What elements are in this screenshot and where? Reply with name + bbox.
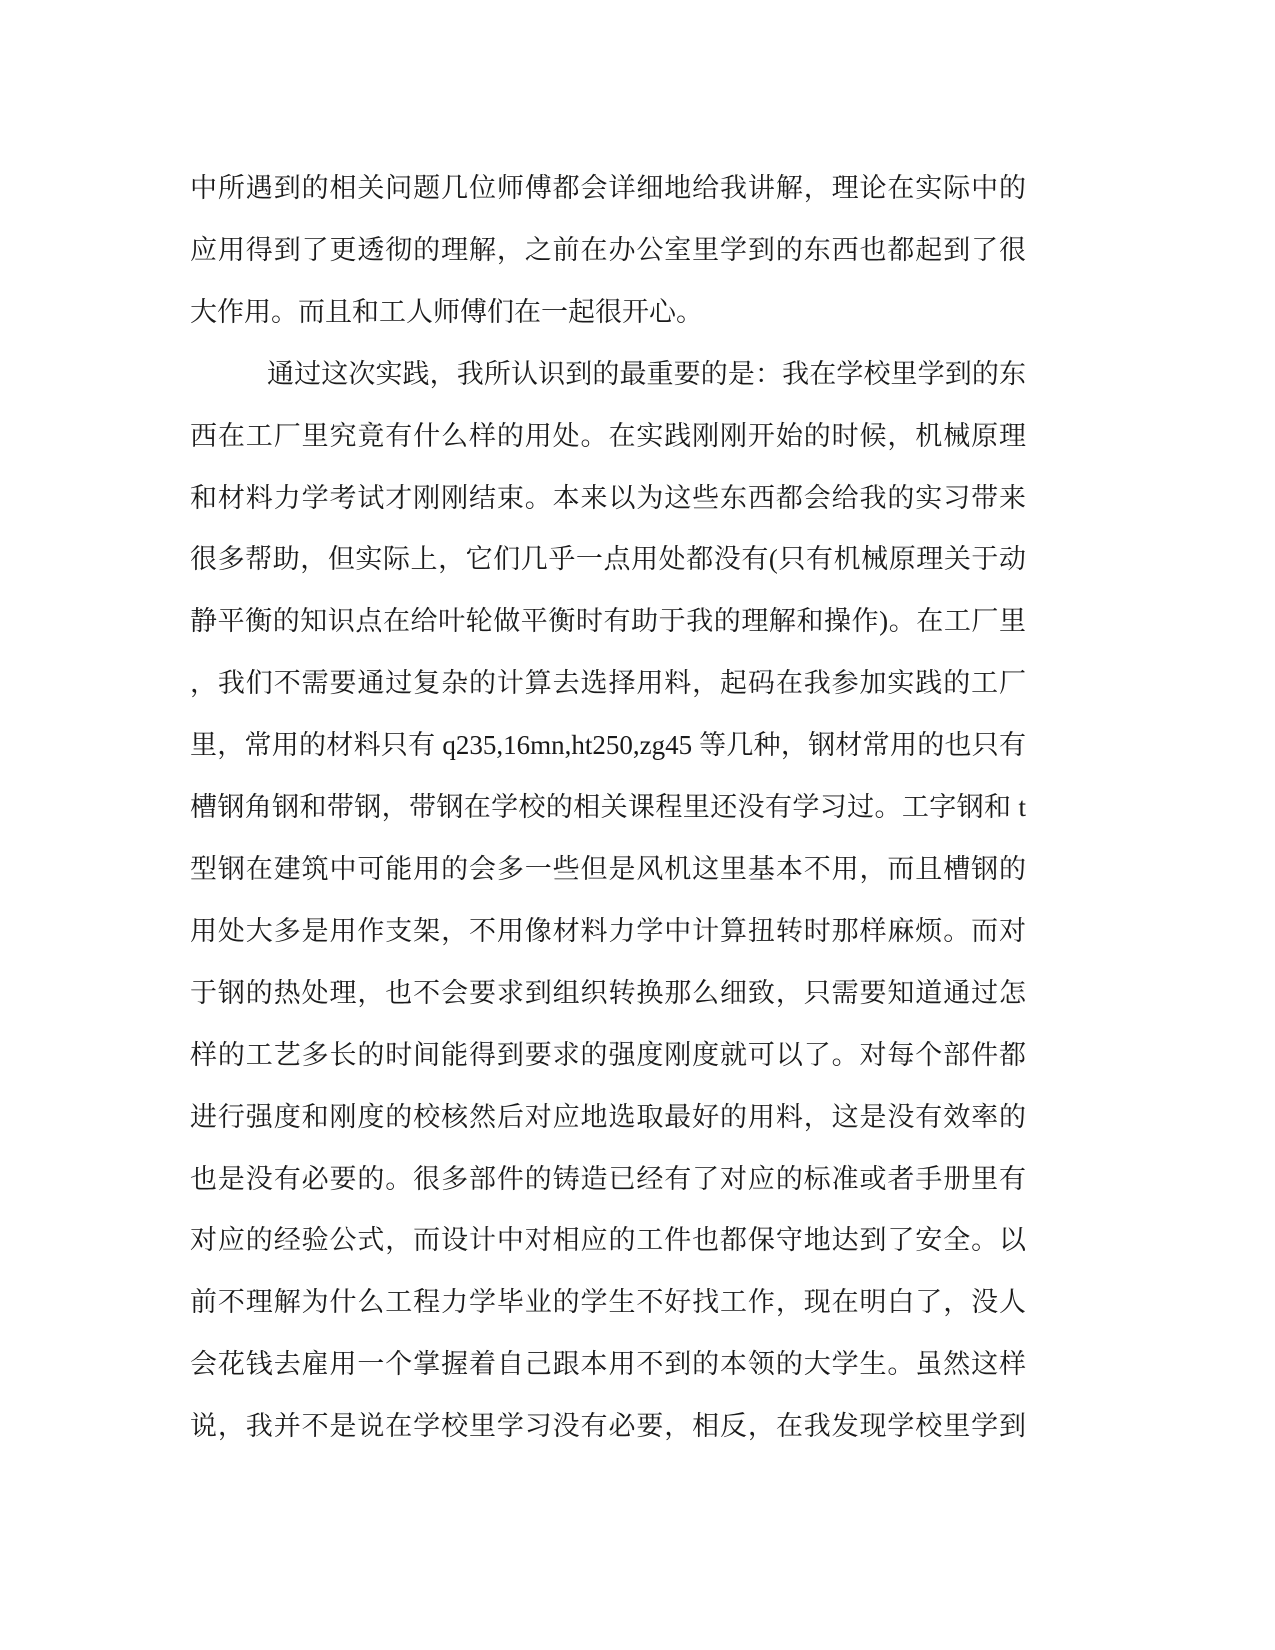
text-line: 也是没有必要的。很多部件的铸造已经有了对应的标准或者手册里有 xyxy=(190,1149,1026,1211)
document-body: 中所遇到的相关问题几位师傅都会详细地给我讲解，理论在实际中的 应用得到了更透彻的… xyxy=(190,158,1026,1458)
text-line: ，我们不需要通过复杂的计算去选择用料，起码在我参加实践的工厂 xyxy=(190,653,1026,715)
paragraph-continuation: 中所遇到的相关问题几位师傅都会详细地给我讲解，理论在实际中的 应用得到了更透彻的… xyxy=(190,158,1026,344)
text-line: 型钢在建筑中可能用的会多一些但是风机这里基本不用，而且槽钢的 xyxy=(190,839,1026,901)
text-line: 用处大多是用作支架，不用像材料力学中计算扭转时那样麻烦。而对 xyxy=(190,901,1026,963)
text-line: 槽钢角钢和带钢，带钢在学校的相关课程里还没有学习过。工字钢和 t xyxy=(190,777,1026,839)
text-line: 对应的经验公式，而设计中对相应的工件也都保守地达到了安全。以 xyxy=(190,1210,1026,1272)
text-line: 很多帮助，但实际上，它们几乎一点用处都没有(只有机械原理关于动 xyxy=(190,529,1026,591)
text-line: 会花钱去雇用一个掌握着自己跟本用不到的本领的大学生。虽然这样 xyxy=(190,1334,1026,1396)
paragraph-main: 通过这次实践，我所认识到的最重要的是：我在学校里学到的东 西在工厂里究竟有什么样… xyxy=(190,344,1026,1458)
text-line: 西在工厂里究竟有什么样的用处。在实践刚刚开始的时候，机械原理 xyxy=(190,406,1026,468)
text-line: 前不理解为什么工程力学毕业的学生不好找工作，现在明白了，没人 xyxy=(190,1272,1026,1334)
text-line: 里，常用的材料只有 q235,16mn,ht250,zg45 等几种，钢材常用的… xyxy=(190,715,1026,777)
text-line: 于钢的热处理，也不会要求到组织转换那么细致，只需要知道通过怎 xyxy=(190,963,1026,1025)
text-line: 通过这次实践，我所认识到的最重要的是：我在学校里学到的东 xyxy=(190,344,1026,406)
text-line: 说，我并不是说在学校里学习没有必要，相反，在我发现学校里学到 xyxy=(190,1396,1026,1458)
text-line: 应用得到了更透彻的理解，之前在办公室里学到的东西也都起到了很 xyxy=(190,220,1026,282)
text-line: 和材料力学考试才刚刚结束。本来以为这些东西都会给我的实习带来 xyxy=(190,468,1026,530)
text-line: 静平衡的知识点在给叶轮做平衡时有助于我的理解和操作)。在工厂里 xyxy=(190,591,1026,653)
document-page: 中所遇到的相关问题几位师傅都会详细地给我讲解，理论在实际中的 应用得到了更透彻的… xyxy=(0,0,1275,1650)
text-line: 大作用。而且和工人师傅们在一起很开心。 xyxy=(190,282,1026,344)
text-line: 进行强度和刚度的校核然后对应地选取最好的用料，这是没有效率的 xyxy=(190,1087,1026,1149)
text-line: 中所遇到的相关问题几位师傅都会详细地给我讲解，理论在实际中的 xyxy=(190,158,1026,220)
text-line: 样的工艺多长的时间能得到要求的强度刚度就可以了。对每个部件都 xyxy=(190,1025,1026,1087)
